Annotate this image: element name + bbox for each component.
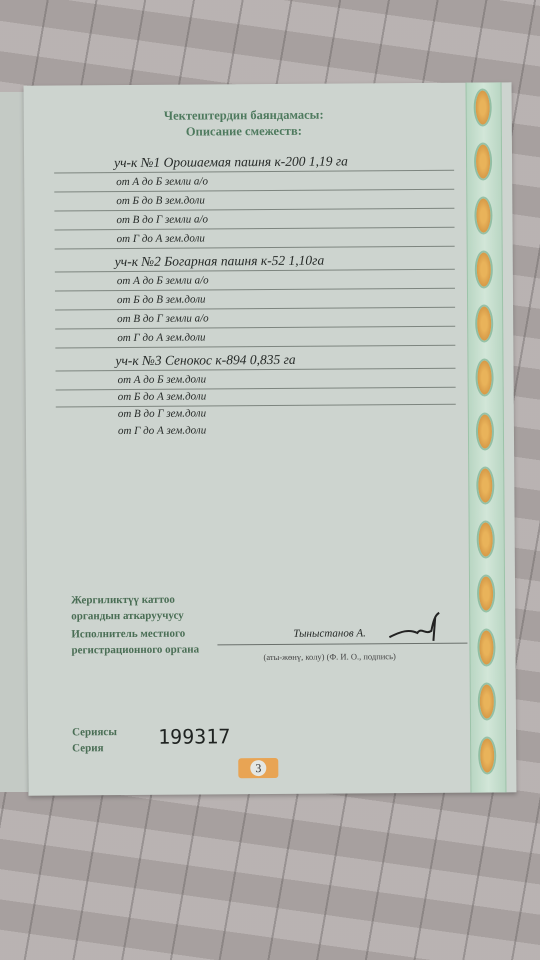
border-description: от Г до А зем.доли (117, 331, 205, 344)
executor-label-ky-1: Жергиликтүү каттоо (71, 593, 175, 609)
ruled-line (55, 345, 455, 349)
ruled-line (55, 227, 455, 231)
border-description: от Г до А зем.доли (117, 232, 205, 245)
series-label-ky: Сериясы (72, 725, 117, 740)
ruled-line (55, 288, 455, 292)
border-description: от В до Г земли а/о (117, 312, 209, 325)
heading-russian: Описание смежеств: (24, 123, 464, 141)
signature-caption: (аты-жөнү, колу) (Ф. И. О., подпись) (263, 651, 395, 662)
executor-label-ru-2: регистрационного органа (71, 643, 199, 659)
ornament-diamond (479, 522, 493, 556)
border-description: от В до Г земли а/о (116, 213, 208, 226)
signature-icon (387, 611, 447, 645)
plot-title: уч-к №2 Богарная пашня к-52 1,10га (115, 253, 325, 270)
ruled-line (54, 189, 454, 193)
border-description: от А до Б земли а/о (117, 274, 209, 287)
border-description: от Б до А зем.доли (118, 390, 207, 403)
signer-name: Тыныстанов А. (293, 627, 366, 640)
ornament-diamond (477, 252, 491, 286)
series-label-ru: Серия (72, 741, 103, 756)
page-number: 3 (238, 758, 278, 778)
border-description: от Б до В зем.доли (117, 293, 206, 306)
decorative-border (466, 82, 507, 792)
ruled-line (56, 387, 456, 391)
ornament-diamond (476, 90, 490, 124)
plot-title: уч-к №1 Орошаемая пашня к-200 1,19 га (114, 153, 348, 171)
ruled-line (55, 326, 455, 330)
border-description: от Б до В зем.доли (116, 194, 205, 207)
ornament-diamond (480, 738, 494, 772)
series-number: 199317 (158, 724, 230, 749)
ruled-line (55, 246, 455, 250)
ornament-diamond (476, 198, 490, 232)
executor-label-ru-1: Исполнитель местного (71, 627, 185, 643)
border-description: от В до Г зем.доли (118, 407, 206, 420)
ornament-diamond (477, 360, 491, 394)
ruled-line (54, 208, 454, 212)
heading-kyrgyz: Чектештердин баяндамасы: (24, 107, 464, 125)
border-description: от Г до А зем.доли (118, 424, 206, 437)
ornament-diamond (479, 576, 493, 610)
ornament-diamond (480, 684, 494, 718)
ornament-diamond (478, 414, 492, 448)
document-page: Чектештердин баяндамасы: Описание смежес… (24, 82, 517, 795)
page-number-value: 3 (250, 760, 266, 776)
ornament-diamond (476, 144, 490, 178)
ornament-diamond (478, 468, 492, 502)
ruled-line (56, 404, 456, 408)
ornament-diamond (477, 306, 491, 340)
ruled-line (55, 307, 455, 311)
executor-label-ky-2: органдын аткаруучусу (71, 609, 184, 625)
plot-title: уч-к №3 Сенокос к-894 0,835 га (115, 352, 295, 369)
ornament-diamond (479, 630, 493, 664)
border-description: от А до Б зем.доли (118, 373, 207, 386)
border-description: от А до Б земли а/о (116, 175, 208, 188)
